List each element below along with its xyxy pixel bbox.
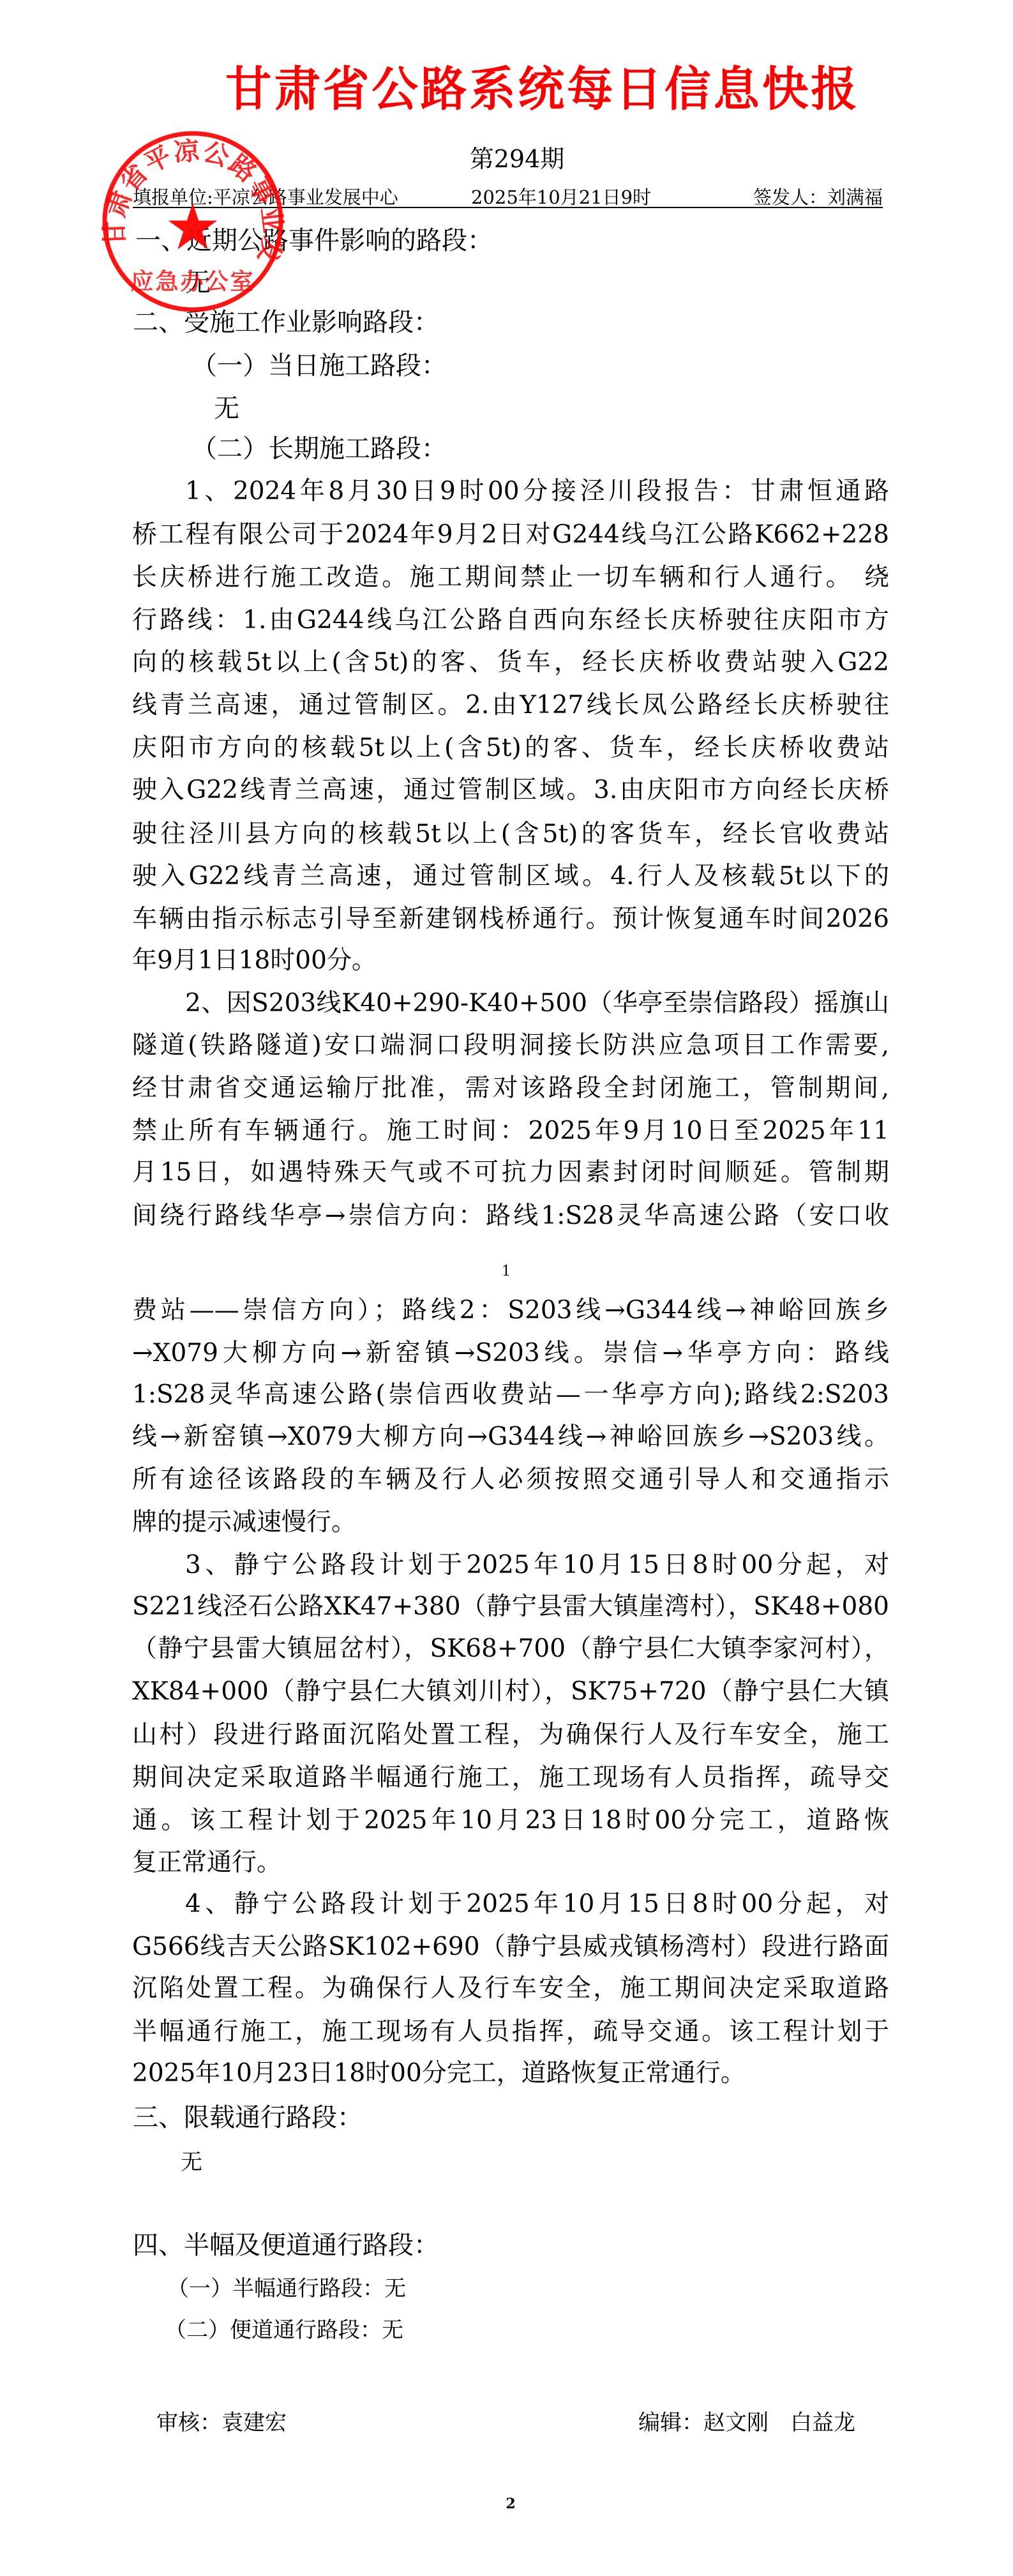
section-4-sub1: （一）半幅通行路段：无	[167, 2275, 406, 2303]
report-datetime: 2025年10月21日9时	[471, 186, 651, 208]
header-divider	[133, 207, 883, 208]
item-2-line: →X079大柳方向→新窑镇→S203线。崇信→华亭方向：路线	[132, 1337, 889, 1369]
item-2-line: 2、因S203线K40+290-K40+500（华亭至崇信路段）摇旗山	[185, 988, 889, 1020]
issue-number: 第294期	[447, 143, 587, 175]
item-3-line: 复正常通行。	[132, 1847, 889, 1879]
item-2-line: 1:S28灵华高速公路(崇信西收费站—一华亭方向);路线2:S203	[132, 1379, 889, 1411]
reporting-unit: 填报单位:平凉公路事业发展中心	[133, 186, 398, 208]
item-3-line: XK84+000（静宁县仁大镇刘川村），SK75+720（静宁县仁大镇阳	[132, 1676, 889, 1708]
item-2-line: 禁止所有车辆通行。施工时间：2025年9月10日至2025年11	[132, 1115, 889, 1147]
document-title: 甘肃省公路系统每日信息快报	[225, 64, 779, 115]
section-2-sub1-body: 无	[214, 393, 239, 425]
section-2-sub2-heading: （二）长期施工路段：	[191, 433, 447, 465]
item-4-line: 2025年10月23日18时00分完工，道路恢复正常通行。	[132, 2058, 889, 2090]
item-3-line: （静宁县雷大镇屈岔村），SK68+700（静宁县仁大镇李家河村），	[132, 1633, 889, 1665]
item-1-line: 向的核载5t以上(含5t)的客、货车，经长庆桥收费站驶入G22	[132, 647, 889, 679]
section-3-body: 无	[181, 2146, 202, 2178]
item-1-line: 庆阳市方向的核载5t以上(含5t)的客、货车，经长庆桥收费站	[132, 732, 889, 764]
item-4-line: 半幅通行施工，施工现场有人员指挥，疏导交通。该工程计划于	[132, 2016, 889, 2048]
section-1-body: 无	[185, 267, 211, 299]
item-3-line: 期间决定采取道路半幅通行施工，施工现场有人员指挥，疏导交	[132, 1762, 889, 1794]
item-4-line: 沉陷处置工程。为确保行人及行车安全，施工期间决定采取道路	[132, 1973, 889, 2005]
editors: 编辑：赵文刚 白益龙	[638, 2409, 855, 2437]
page-number-2: 2	[498, 2496, 523, 2512]
item-1-line: 车辆由指示标志引导至新建钢栈桥通行。预计恢复通车时间2026	[132, 903, 889, 935]
item-4-line: G566线吉天公路SK102+690（静宁县威戎镇杨湾村）段进行路面	[132, 1931, 889, 1963]
signer: 签发人：刘满福	[753, 186, 883, 208]
item-3-line: 3、静宁公路段计划于2025年10月15日8时00分起，对	[185, 1549, 889, 1581]
item-1-line: 桥工程有限公司于2024年9月2日对G244线乌江公路K662+228	[132, 519, 889, 551]
section-2-sub1-heading: （一）当日施工路段：	[191, 350, 447, 382]
item-2-line: 经甘肃省交通运输厅批准，需对该路段全封闭施工，管制期间,	[132, 1073, 889, 1104]
item-2-line: 费站——崇信方向）；路线2：S203线→G344线→神峪回族乡	[132, 1295, 889, 1327]
item-2-line: 线→新窑镇→X079大柳方向→G344线→神峪回族乡→S203线。	[132, 1421, 889, 1453]
item-1-line: 驶入G22线青兰高速，通过管制区域。4.行人及核载5t以下的	[132, 861, 889, 893]
item-2-line: 牌的提示减速慢行。	[132, 1507, 889, 1539]
item-1-line: 驶入G22线青兰高速，通过管制区域。3.由庆阳市方向经长庆桥	[132, 774, 889, 806]
item-1-line: 行路线：1.由G244线乌江公路自西向东经长庆桥驶往庆阳市方	[132, 605, 889, 636]
item-1-line: 驶往泾川县方向的核载5t以上(含5t)的客货车，经长官收费站	[132, 818, 889, 850]
item-3-line: 山村）段进行路面沉陷处置工程，为确保行人及行车安全，施工	[132, 1719, 889, 1751]
section-1-heading: 一、近期公路事件影响的路段：	[135, 225, 493, 257]
section-4-heading: 四、半幅及便道通行路段：	[133, 2229, 439, 2261]
item-1-line: 1、2024年8月30日9时00分接泾川段报告：甘肃恒通路	[185, 476, 889, 508]
item-2-line: 隧道(铁路隧道)安口端洞口段明洞接长防洪应急项目工作需要,	[132, 1030, 889, 1062]
item-2-line: 间绕行路线华亭→崇信方向：路线1:S28灵华高速公路（安口收	[132, 1200, 889, 1232]
item-3-line: S221线泾石公路XK47+380（静宁县雷大镇崖湾村），SK48+080	[132, 1591, 889, 1623]
item-1-line: 长庆桥进行施工改造。施工期间禁止一切车辆和行人通行。 绕	[132, 562, 889, 594]
page-number-1: 1	[493, 1263, 519, 1280]
section-4-sub2: （二）便道通行路段：无	[165, 2316, 403, 2344]
item-2-line: 所有途径该路段的车辆及行人必须按照交通引导人和交通指示	[132, 1464, 889, 1496]
meta-row: 填报单位:平凉公路事业发展中心 2025年10月21日9时 签发人：刘满福	[133, 186, 883, 208]
item-2-line: 月15日，如遇特殊天气或不可抗力因素封闭时间顺延。管制期	[132, 1157, 889, 1189]
section-3-heading: 三、限载通行路段：	[133, 2102, 363, 2134]
item-1-line: 年9月1日18时00分。	[132, 945, 889, 977]
item-1-line: 线青兰高速，通过管制区。2.由Y127线长凤公路经长庆桥驶往	[132, 689, 889, 721]
item-4-line: 4、静宁公路段计划于2025年10月15日8时00分起，对	[185, 1888, 889, 1920]
section-2-heading: 二、受施工作业影响路段：	[133, 306, 439, 338]
reviewer: 审核：袁建宏	[156, 2409, 287, 2437]
item-3-line: 通。该工程计划于2025年10月23日18时00分完工，道路恢	[132, 1805, 889, 1837]
